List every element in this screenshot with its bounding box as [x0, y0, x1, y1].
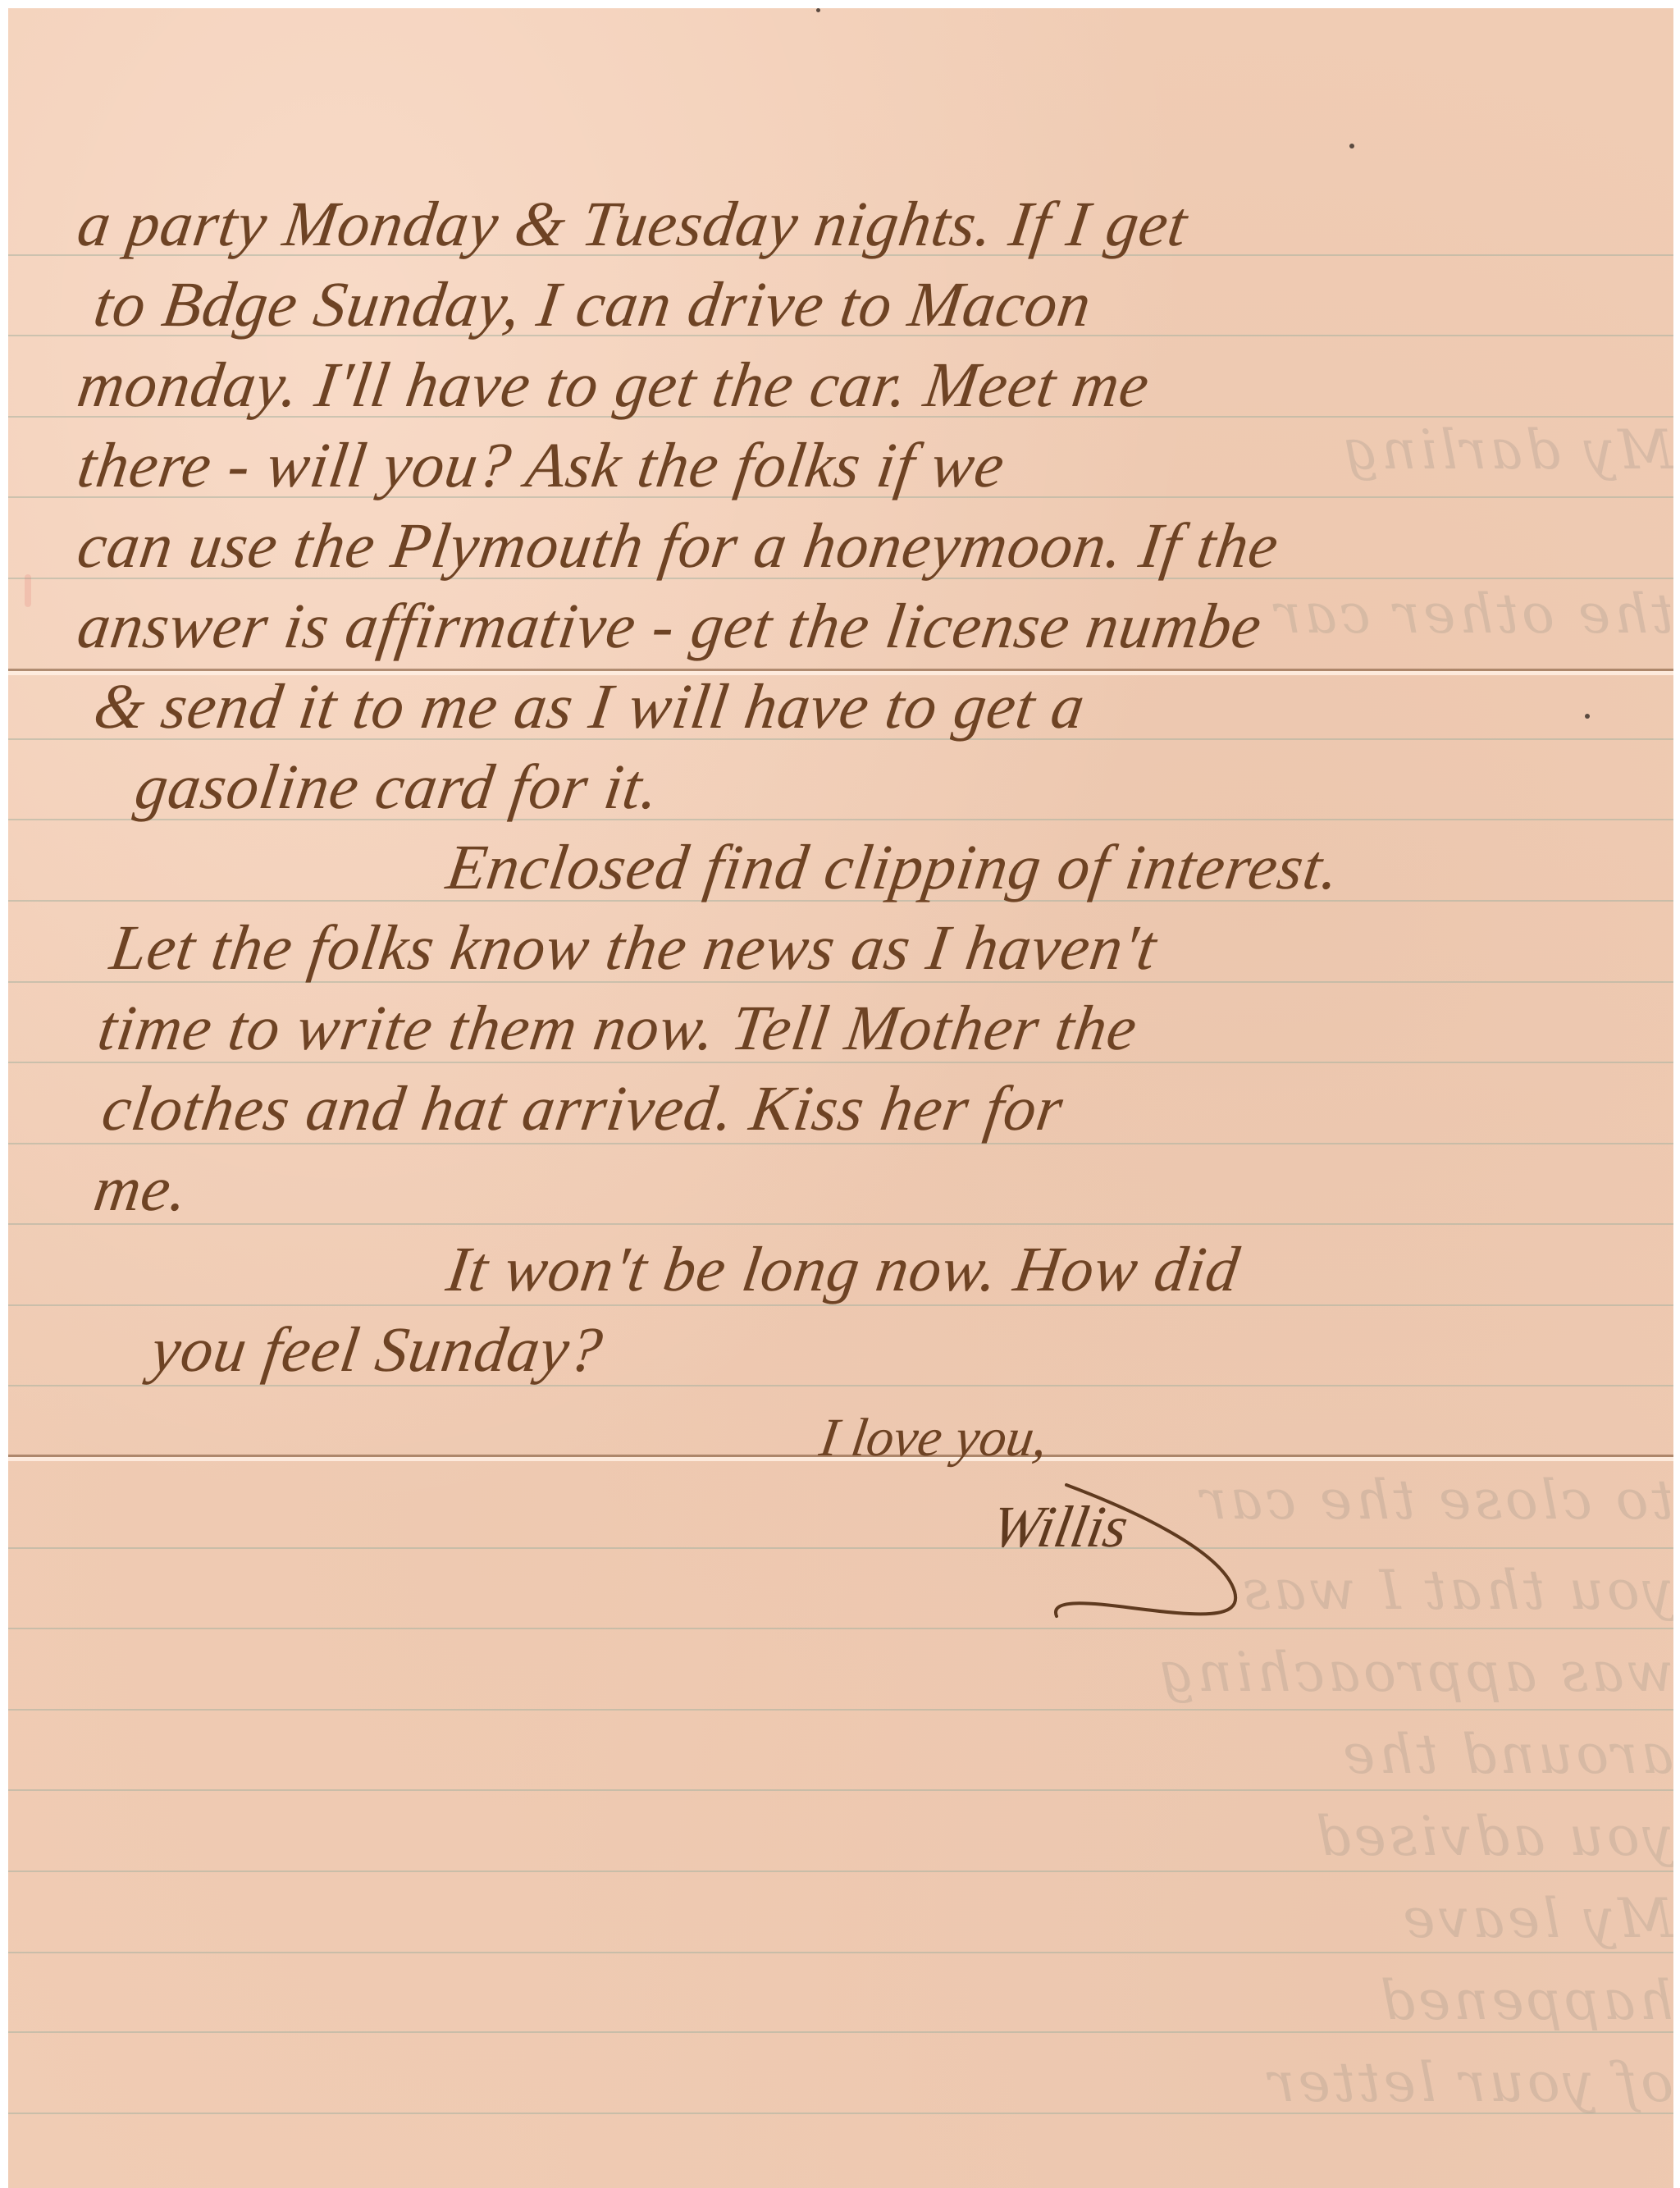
signature-flourish	[1034, 1477, 1296, 1624]
show-through-text: My leave	[8, 1887, 1673, 1950]
letter-line: clothes and hat arrived. Kiss her for	[98, 1076, 1067, 1140]
letter-line: It won't be long now. How did	[443, 1237, 1244, 1301]
ruled-line	[8, 1952, 1673, 1953]
letter-line: answer is affirmative - get the license …	[74, 594, 1266, 658]
letter-line: gasoline card for it.	[131, 755, 664, 819]
ruled-line	[8, 1628, 1673, 1629]
ruled-line	[8, 1547, 1673, 1549]
paper-speck	[1349, 144, 1354, 148]
letter-line: there - will you? Ask the folks if we	[74, 433, 1009, 497]
show-through-text: you that I was	[8, 1559, 1673, 1622]
ruled-line	[8, 1223, 1673, 1225]
letter-line: Enclosed find clipping of interest.	[443, 835, 1344, 899]
show-through-text: happened	[8, 1969, 1673, 2032]
ruled-line	[8, 1871, 1673, 1872]
letter-line: & send it to me as I will have to get a	[90, 674, 1089, 738]
letter-line: time to write them now. Tell Mother the	[94, 996, 1141, 1060]
closing-line: I love you,	[816, 1407, 1052, 1469]
letter-page: My darling the other car to close the ca…	[8, 8, 1673, 2188]
show-through-text: was approaching	[8, 1641, 1673, 1704]
letter-line: you feel Sunday?	[148, 1318, 607, 1382]
letter-line: to Bdge Sunday, I can drive to Macon	[90, 272, 1095, 336]
show-through-text: around the	[8, 1723, 1673, 1786]
show-through-text: of your letter	[8, 2051, 1673, 2114]
show-through-text: to close the car	[8, 1469, 1673, 1532]
letter-line: me.	[90, 1157, 192, 1221]
ruled-line	[8, 1304, 1673, 1306]
letter-line: Let the folks know the news as I haven't	[107, 916, 1161, 980]
paper-speck	[816, 8, 820, 12]
ruled-line	[8, 1789, 1673, 1791]
ruled-line	[8, 1385, 1673, 1386]
show-through-text: you advised	[8, 1805, 1673, 1868]
letter-line: a party Monday & Tuesday nights. If I ge…	[74, 192, 1192, 256]
letter-line: monday. I'll have to get the car. Meet m…	[74, 353, 1153, 417]
paper-speck	[1585, 714, 1590, 719]
letter-line: can use the Plymouth for a honeymoon. If…	[74, 514, 1283, 578]
ruled-line	[8, 1709, 1673, 1711]
